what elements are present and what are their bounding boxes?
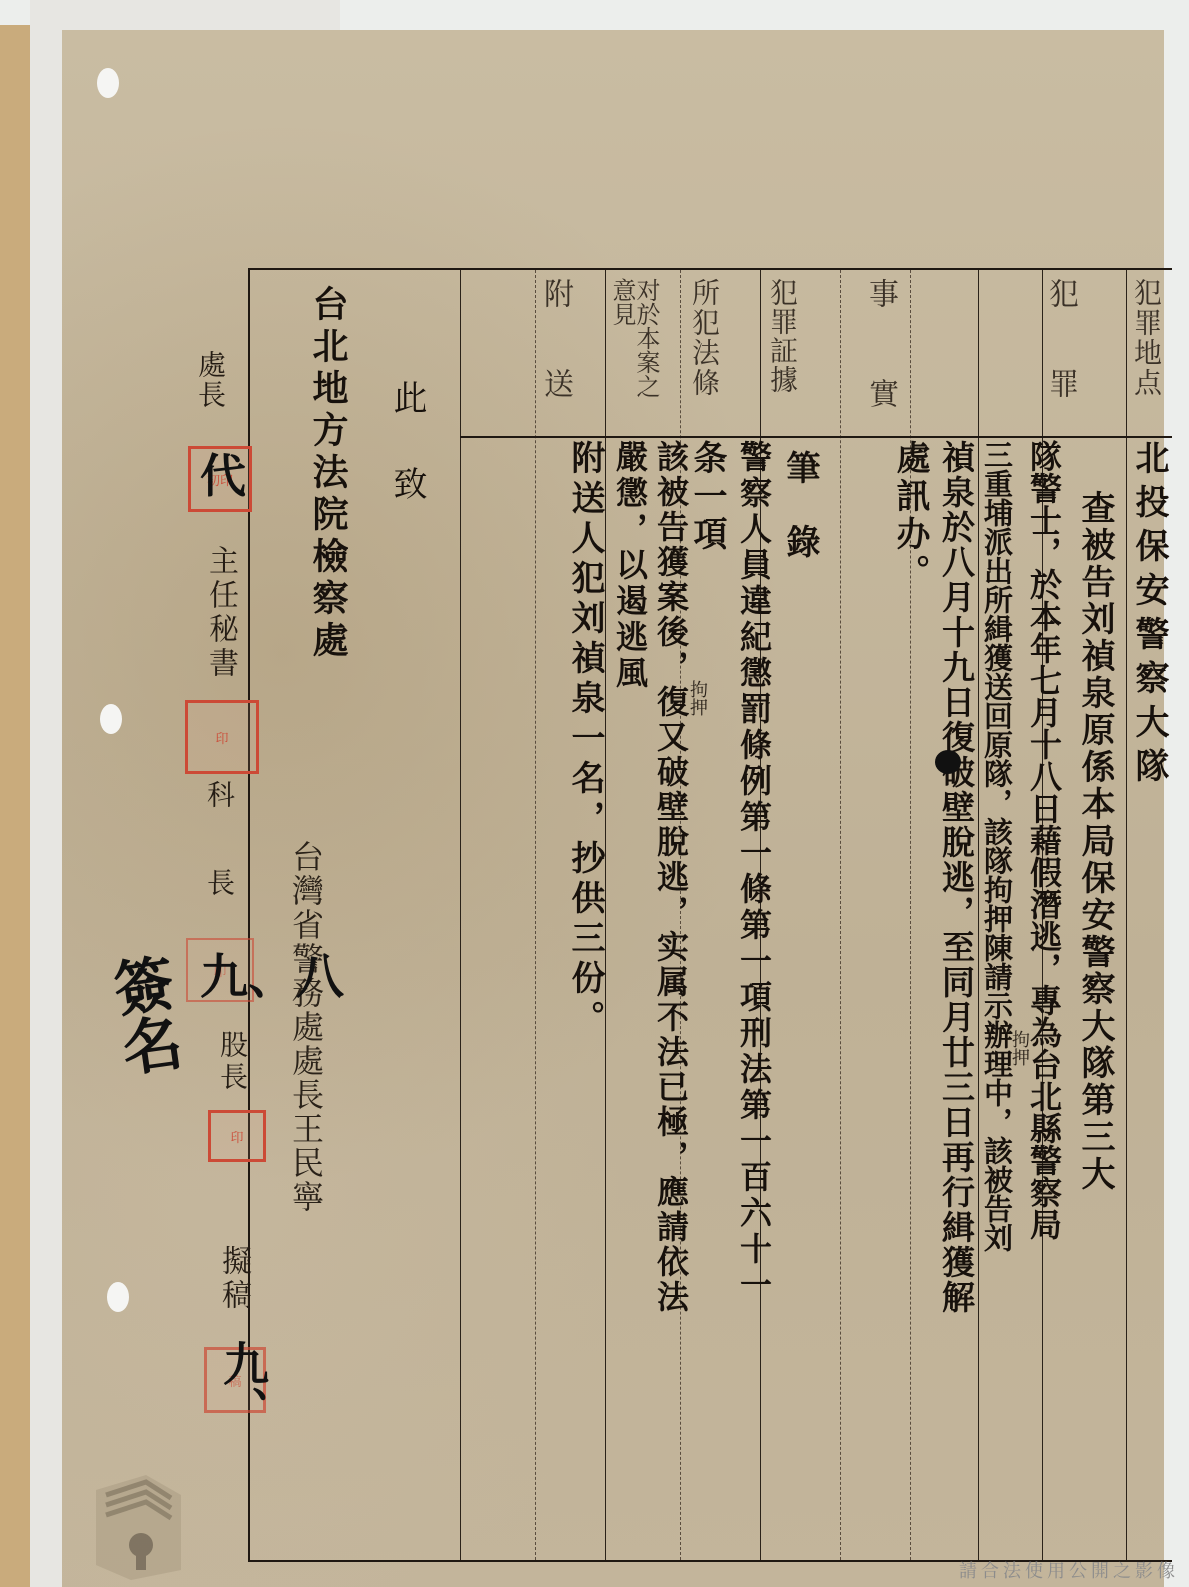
signature: 簽名	[92, 950, 194, 1081]
date-mark-drafter: 九、	[220, 1340, 266, 1432]
opinion-line-1: 該被告獲案後，復又破壁脫逃，实属不法已極，應請依法	[655, 440, 687, 1315]
ink-blot	[935, 750, 961, 774]
column-divider	[840, 270, 841, 1560]
header-opinion: 对於本案之意見	[610, 278, 658, 418]
director-label: 處長	[196, 350, 224, 410]
header-crime: 犯罪	[1045, 278, 1075, 458]
punch-hole	[107, 1282, 129, 1312]
date-mark-section: 九、八	[200, 938, 344, 1007]
backing-strip	[0, 25, 32, 1587]
attachment-value: 附送人犯刘禎泉一名，抄供三份。	[568, 440, 602, 1040]
column-divider	[978, 270, 979, 1560]
usage-watermark: 請合法使用公開之影像	[959, 1557, 1179, 1583]
drafter-label: 擬稿	[218, 1245, 248, 1313]
facts-insertion-note: 拘押	[1010, 1030, 1028, 1066]
column-divider	[1126, 270, 1127, 1560]
violated-law-line-1: 警察人員違紀懲罰條例第一條第一項刑法第一百六十一	[738, 440, 770, 1304]
opinion-insertion-note: 拘押	[688, 680, 706, 716]
column-divider	[535, 270, 536, 1560]
violated-law-line-2: 条一項	[690, 440, 724, 554]
chief-secretary-seal: 印	[185, 700, 259, 774]
header-attachment: 附送	[540, 278, 570, 458]
column-divider	[460, 270, 461, 1560]
header-violated-law: 所犯法條	[690, 278, 718, 398]
header-evidence: 犯罪証據	[768, 278, 796, 394]
header-crime-location: 犯罪地点	[1132, 278, 1160, 398]
punch-hole	[97, 68, 119, 98]
recipient: 台北地方法院檢察處	[310, 285, 346, 663]
closing-phrase: 此致	[390, 380, 424, 552]
crime-location-value: 北投保安警察大隊	[1132, 440, 1166, 792]
facts-line-3: 三重埔派出所緝獲送回原隊，該隊拘押陳請示辦理中，該被告刘	[982, 440, 1011, 1252]
unit-chief-seal: 印	[208, 1110, 266, 1162]
facts-line-4: 禎泉於八月十九日復破壁脫逃，至同月廿三日再行緝獲解	[940, 440, 973, 1315]
facts-line-5: 處訊办。	[893, 440, 927, 592]
opinion-line-2: 嚴懲，以遏逃風	[614, 440, 646, 692]
column-divider	[605, 270, 606, 1560]
evidence-value: 筆錄	[783, 450, 817, 598]
archive-logo-icon	[86, 1470, 186, 1580]
unit-chief-label: 股長	[218, 1030, 246, 1094]
section-chief-label: 科長	[205, 780, 233, 956]
facts-line-1: 查被告刘禎泉原係本局保安警察大隊第三大	[1078, 490, 1112, 1193]
punch-hole	[100, 704, 122, 734]
sender: 台灣省警務處處長王民寧	[290, 840, 322, 1214]
facts-line-2: 隊警士，於本年七月十八日藉假潛逃，專為台北縣警察局	[1028, 440, 1060, 1240]
proxy-mark: 代	[200, 440, 246, 506]
chief-secretary-label: 主任秘書	[205, 545, 235, 681]
